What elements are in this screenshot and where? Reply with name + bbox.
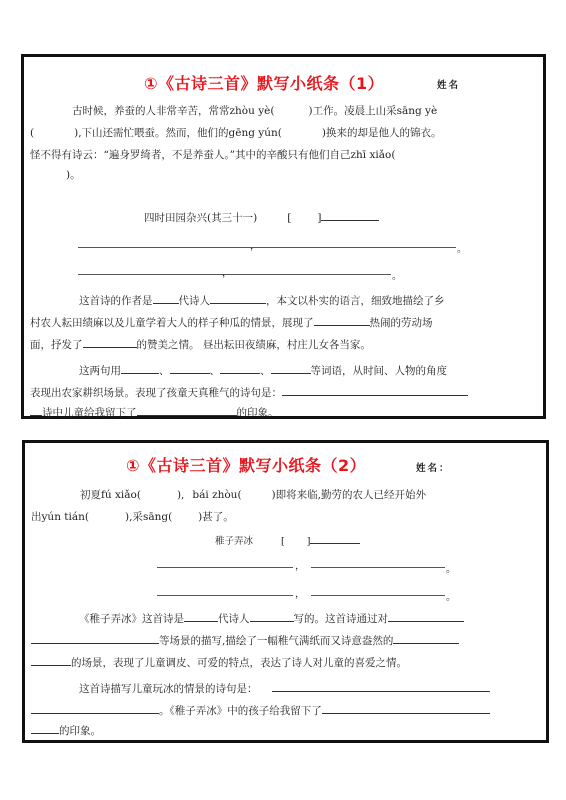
- answer-blank-cont[interactable]: [31, 653, 71, 666]
- dynasty-blank[interactable]: [153, 291, 179, 304]
- text: 这首诗描写儿童玩冰的情景的诗句是：: [79, 683, 258, 695]
- poem-title: 四时田园杂兴(其三十一): [144, 212, 257, 224]
- pinyin: bái zhòu(: [192, 489, 241, 501]
- text: 出: [31, 511, 42, 523]
- question-1-line-2: 村农人耘田绩麻以及儿童学着大人的样子种瓜的情景，展现了热闹的劳动场: [30, 313, 433, 330]
- pinyin: sāng yè: [397, 105, 438, 117]
- period: 。: [446, 588, 456, 603]
- poem-line-1-blank[interactable]: [78, 247, 456, 248]
- text: 的场景，表现了儿童调皮、可爱的特点，表达了诗人对儿童的喜爱之情。: [71, 657, 407, 669]
- pinyin: zhī xiǎo(: [351, 149, 396, 161]
- text: ),采: [125, 511, 143, 523]
- text: 村农人耘田绩麻以及儿童学着大人的样子种瓜的情景，展现了: [30, 317, 314, 329]
- intro-line-2: 出yún tián(),采sāng()甚了。: [31, 509, 234, 524]
- text: 怪不得有诗云：“遍身罗绮者，不是养蚕人。”其中的辛酸只有他们自己: [30, 149, 351, 161]
- intro-line-2: (),下山还需忙喂蚕。然而，他们的gēng yún()换来的却是他人的锦衣。: [30, 125, 441, 140]
- impression-blank-cont[interactable]: [31, 721, 59, 734]
- text: 初夏: [80, 489, 101, 501]
- poem-line-2a-blank[interactable]: [157, 595, 293, 596]
- period: 。: [392, 267, 402, 282]
- comma: ，: [295, 557, 305, 572]
- card-title: ①《古诗三首》默写小纸条（1）: [144, 71, 384, 94]
- name-label: 姓名: [437, 77, 460, 91]
- question-1-line-1: 这首诗的作者是代诗人，本文以朴实的语言，细致地描绘了乡: [79, 291, 445, 308]
- word-blank-1[interactable]: [121, 361, 159, 374]
- text: 面，抒发了: [30, 339, 83, 351]
- scene-blank[interactable]: [388, 609, 464, 622]
- text: ),: [177, 489, 184, 501]
- answer-blank[interactable]: [314, 313, 370, 326]
- text: (: [30, 127, 34, 139]
- period: 。: [457, 240, 467, 255]
- text: )换来的却是他人的锦衣。: [322, 127, 442, 139]
- text: )工作。凌晨上山采: [308, 105, 396, 117]
- word-blank-4[interactable]: [271, 361, 311, 374]
- poem-line-1b-blank[interactable]: [311, 567, 445, 568]
- poem-title-row: 稚子弄冰[]: [215, 531, 360, 547]
- pinyin: sāng(: [143, 511, 172, 523]
- intro-line-1: 古时候，养蚕的人非常辛苦，常常zhòu yè()工作。凌晨上山采sāng yè: [72, 103, 437, 118]
- separator: 、: [260, 365, 271, 377]
- answer-blank[interactable]: [83, 335, 137, 348]
- text: 热闹的劳动场: [370, 317, 433, 329]
- name-label: 姓名：: [416, 460, 451, 474]
- question-2-line-2: 。《稚子弄冰》中的孩子给我留下了: [31, 701, 490, 718]
- question-1-line-3: 的场景，表现了儿童调皮、可爱的特点，表达了诗人对儿童的喜爱之情。: [31, 653, 407, 670]
- intro-line-3: 怪不得有诗云：“遍身罗绮者，不是养蚕人。”其中的辛酸只有他们自己zhī xiǎo…: [30, 147, 395, 162]
- pinyin: zhòu yè(: [230, 105, 275, 117]
- verse-blank[interactable]: [272, 679, 490, 692]
- word-blank-3[interactable]: [220, 361, 260, 374]
- text: )。: [66, 169, 81, 181]
- dictation-card-1: ①《古诗三首》默写小纸条（1） 姓名 古时候，养蚕的人非常辛苦，常常zhòu y…: [21, 54, 546, 419]
- verse-blank-cont[interactable]: [30, 403, 42, 416]
- text: 这两句用: [79, 365, 121, 377]
- dynasty-blank[interactable]: [184, 609, 218, 622]
- text: 这首诗的作者是: [79, 295, 153, 307]
- intro-line-4: )。: [66, 167, 81, 182]
- comma: ，: [295, 585, 305, 600]
- text: 写的。这首诗通过对: [294, 613, 389, 625]
- text: 等词语，从时间、人物的角度: [311, 365, 448, 377]
- dynasty-bracket-open: [: [287, 212, 291, 224]
- text: ),下山还需忙喂蚕。然而，他们的: [74, 127, 228, 139]
- comma: ，: [222, 264, 232, 279]
- text: 《稚子弄冰》这首诗是: [79, 613, 184, 625]
- question-2-line-3: 诗中儿童给我留下了的印象。: [30, 403, 279, 420]
- poet-blank[interactable]: [210, 291, 266, 304]
- dynasty-bracket-open: [: [281, 536, 285, 547]
- question-2-line-3: 的印象。: [31, 721, 101, 738]
- question-1-line-3: 面，抒发了的赞美之情。 昼出耘田夜绩麻，村庄儿女各当家。: [30, 335, 371, 352]
- impression-blank[interactable]: [322, 701, 490, 714]
- separator: 、: [159, 365, 170, 377]
- poem-title: 稚子弄冰: [215, 536, 253, 547]
- text: ，本文以朴实的语言，细致地描绘了乡: [266, 295, 445, 307]
- verse-blank-cont[interactable]: [31, 701, 159, 714]
- scene-blank-cont[interactable]: [31, 631, 159, 644]
- question-1-line-1: 《稚子弄冰》这首诗是代诗人写的。这首诗通过对: [79, 609, 464, 626]
- impression-blank[interactable]: [137, 403, 237, 416]
- text: 代诗人: [179, 295, 211, 307]
- poet-blank[interactable]: [250, 609, 294, 622]
- text: 代诗人: [218, 613, 250, 625]
- dictation-card-2: ①《古诗三首》默写小纸条（2） 姓名： 初夏fú xiǎo(),bái zhòu…: [22, 440, 549, 743]
- question-2-line-2: 表现出农家耕织场景。表现了孩童天真稚气的诗句是：: [30, 383, 468, 400]
- author-blank[interactable]: [310, 531, 360, 544]
- intro-line-1: 初夏fú xiǎo(),bái zhòu()即将来临,勤劳的农人已经开始外: [80, 487, 426, 502]
- separator: 、: [210, 365, 221, 377]
- question-2-line-1: 这两句用、、、等词语，从时间、人物的角度: [79, 361, 447, 378]
- question-1-line-2: 等场景的描写,描绘了一幅稚气满纸而又诗意盎然的: [31, 631, 459, 648]
- comma: ，: [250, 237, 260, 252]
- text: 诗中儿童给我留下了: [42, 407, 137, 419]
- pinyin: fú xiǎo(: [101, 489, 141, 501]
- text: 古时候，养蚕的人非常辛苦，常常: [72, 105, 230, 117]
- text: 的赞美之情。 昼出耘田夜绩麻，村庄儿女各当家。: [137, 339, 371, 351]
- text: 。《稚子弄冰》中的孩子给我留下了: [159, 705, 322, 717]
- pinyin: yún tián(: [42, 511, 90, 523]
- question-2-line-1: 这首诗描写儿童玩冰的情景的诗句是：: [79, 679, 490, 696]
- text: )即将来临,勤劳的农人已经开始外: [272, 489, 426, 501]
- card-title: ①《古诗三首》默写小纸条（2）: [126, 453, 366, 476]
- text: 等场景的描写,描绘了一幅稚气满纸而又诗意盎然的: [159, 635, 393, 647]
- period: 。: [446, 560, 456, 575]
- poem-line-2b-blank[interactable]: [311, 595, 445, 596]
- text: )甚了。: [198, 511, 234, 523]
- text: 的印象。: [237, 407, 279, 419]
- author-blank[interactable]: [321, 208, 379, 221]
- pinyin: gēng yún(: [229, 127, 282, 139]
- poem-line-2-blank[interactable]: [78, 274, 391, 275]
- poem-line-1a-blank[interactable]: [157, 567, 293, 568]
- verse-blank[interactable]: [282, 383, 468, 396]
- answer-blank[interactable]: [393, 631, 459, 644]
- text: 的印象。: [59, 725, 101, 737]
- poem-title-row: 四时田园杂兴(其三十一)[]: [144, 208, 379, 225]
- word-blank-2[interactable]: [170, 361, 210, 374]
- text: 表现出农家耕织场景。表现了孩童天真稚气的诗句是：: [30, 387, 282, 399]
